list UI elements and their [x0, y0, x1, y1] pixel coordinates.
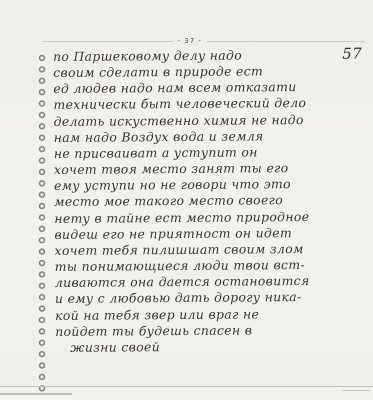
typed-header: - 37 -	[42, 37, 365, 45]
binding-holes	[37, 53, 48, 395]
typed-page-number: - 37 -	[178, 37, 202, 45]
manuscript-page: - 37 - по Паршековому делу надо 57 своим…	[0, 0, 373, 400]
scan-corner-mark-left	[0, 393, 72, 395]
scan-bottom-rule	[0, 386, 373, 387]
handwriting-line-text: по Паршековому делу надо	[53, 48, 242, 66]
handwritten-text-block: по Паршековому делу надо 57 своим сделат…	[53, 46, 370, 356]
handwriting-line: жизни своей	[55, 337, 370, 356]
handwritten-page-number: 57	[342, 46, 368, 62]
header-rule-left	[42, 41, 173, 42]
header-rule-right	[207, 41, 365, 42]
scan-corner-mark-right	[343, 390, 369, 391]
